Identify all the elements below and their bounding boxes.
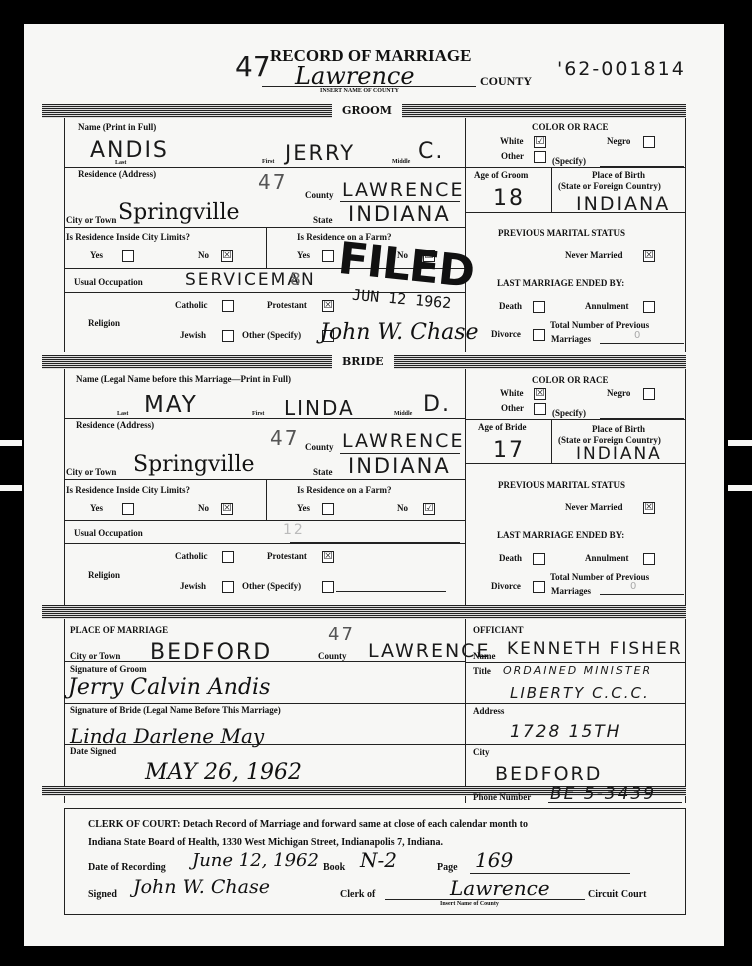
groom-section-label: GROOM <box>332 104 402 118</box>
bride-catholic-checkbox[interactable] <box>222 551 234 563</box>
officiant-address[interactable]: 1728 15TH <box>510 722 621 742</box>
groom-signature[interactable]: Jerry Calvin Andis <box>68 675 270 700</box>
officiant-church[interactable]: LIBERTY C.C.C. <box>510 684 650 702</box>
groom-jewish-checkbox[interactable] <box>222 330 234 342</box>
groom-section-band: GROOM <box>42 104 686 118</box>
bride-death-checkbox[interactable] <box>533 553 545 565</box>
bride-occupation-code: 12 <box>283 522 305 538</box>
county-caption: INSERT NAME OF COUNTY <box>320 88 399 94</box>
book-number[interactable]: N-2 <box>360 848 397 872</box>
groom-first-name[interactable]: JERRY <box>285 141 355 165</box>
groom-occupation-code: 8 <box>290 270 303 290</box>
clerk-signature[interactable]: John W. Chase <box>133 876 270 898</box>
officiant-title[interactable]: ORDAINED MINISTER <box>503 664 652 677</box>
groom-middle-initial[interactable]: C. <box>418 139 444 164</box>
bride-white-checkbox[interactable]: ☒ <box>534 388 546 400</box>
bride-never-married-checkbox[interactable]: ☒ <box>643 502 655 514</box>
groom-city[interactable]: Springville <box>118 200 240 225</box>
groom-age[interactable]: 18 <box>493 186 525 211</box>
groom-total-previous: 0 <box>634 330 642 341</box>
groom-death-checkbox[interactable] <box>533 301 545 313</box>
officiant-phone[interactable]: BE 5-3439 <box>550 784 656 804</box>
date-signed[interactable]: MAY 26, 1962 <box>145 760 302 785</box>
officiant-city[interactable]: BEDFORD <box>495 763 602 785</box>
bride-last-name[interactable]: MAY <box>144 392 198 418</box>
clerk-instruction-1: CLERK OF COURT: Detach Record of Marriag… <box>88 819 528 830</box>
edge-mark <box>728 485 752 491</box>
groom-farm-yes-checkbox[interactable] <box>322 250 334 262</box>
bride-other-race-checkbox[interactable] <box>534 403 546 415</box>
marriage-county-code: 47 <box>328 624 355 645</box>
groom-divorce-checkbox[interactable] <box>533 329 545 341</box>
edge-mark <box>728 440 752 446</box>
bride-city-limits-no-checkbox[interactable]: ☒ <box>221 503 233 515</box>
bride-city[interactable]: Springville <box>133 452 255 477</box>
stamp-clerk-signature: John W. Chase <box>320 320 479 345</box>
groom-annulment-checkbox[interactable] <box>643 301 655 313</box>
certificate-number: '62-001814 <box>557 58 686 80</box>
bride-city-limits-yes-checkbox[interactable] <box>122 503 134 515</box>
groom-negro-checkbox[interactable] <box>643 136 655 148</box>
page-number[interactable]: 169 <box>475 848 513 872</box>
bride-farm-yes-checkbox[interactable] <box>322 503 334 515</box>
bride-residence-code: 47 <box>270 426 299 450</box>
groom-county[interactable]: LAWRENCE <box>342 179 464 201</box>
bride-section-band: BRIDE <box>42 355 686 369</box>
bride-first-name[interactable]: LINDA <box>284 396 355 420</box>
clerk-county[interactable]: Lawrence <box>450 876 550 900</box>
groom-never-married-checkbox[interactable]: ☒ <box>643 250 655 262</box>
bride-section-label: BRIDE <box>332 355 394 369</box>
groom-state[interactable]: INDIANA <box>348 202 451 226</box>
bride-age[interactable]: 17 <box>493 438 525 463</box>
officiant-name[interactable]: KENNETH FISHER <box>507 639 683 659</box>
groom-catholic-checkbox[interactable] <box>222 300 234 312</box>
groom-city-limits-no-checkbox[interactable]: ☒ <box>221 250 233 262</box>
groom-name-label: Name (Print in Full) <box>78 122 156 132</box>
section-divider-band <box>42 605 686 619</box>
edge-mark <box>0 440 22 446</box>
bride-annulment-checkbox[interactable] <box>643 553 655 565</box>
bride-farm-no-checkbox[interactable]: ☑ <box>423 503 435 515</box>
bride-divorce-checkbox[interactable] <box>533 581 545 593</box>
groom-other-race-checkbox[interactable] <box>534 151 546 163</box>
groom-city-limits-yes-checkbox[interactable] <box>122 250 134 262</box>
bride-middle-initial[interactable]: D. <box>423 392 451 417</box>
date-of-recording[interactable]: June 12, 1962 <box>192 850 319 871</box>
groom-last-name[interactable]: ANDIS <box>90 138 169 163</box>
bride-protestant-checkbox[interactable]: ☒ <box>322 551 334 563</box>
groom-protestant-checkbox[interactable]: ☒ <box>322 300 334 312</box>
bride-total-previous: 0 <box>630 581 638 592</box>
clerk-instruction-2: Indiana State Board of Health, 1330 West… <box>88 837 443 848</box>
bride-state[interactable]: INDIANA <box>348 454 451 478</box>
header-county-label: COUNTY <box>480 74 532 89</box>
bride-birthplace[interactable]: INDIANA <box>576 444 662 464</box>
bride-negro-checkbox[interactable] <box>643 388 655 400</box>
edge-mark <box>0 485 22 491</box>
groom-residence-code: 47 <box>258 170 287 194</box>
groom-white-checkbox[interactable]: ☑ <box>534 136 546 148</box>
bride-county[interactable]: LAWRENCE <box>342 430 464 452</box>
bride-jewish-checkbox[interactable] <box>222 581 234 593</box>
ref-number: 47 <box>235 50 271 83</box>
bride-other-religion-checkbox[interactable] <box>322 581 334 593</box>
